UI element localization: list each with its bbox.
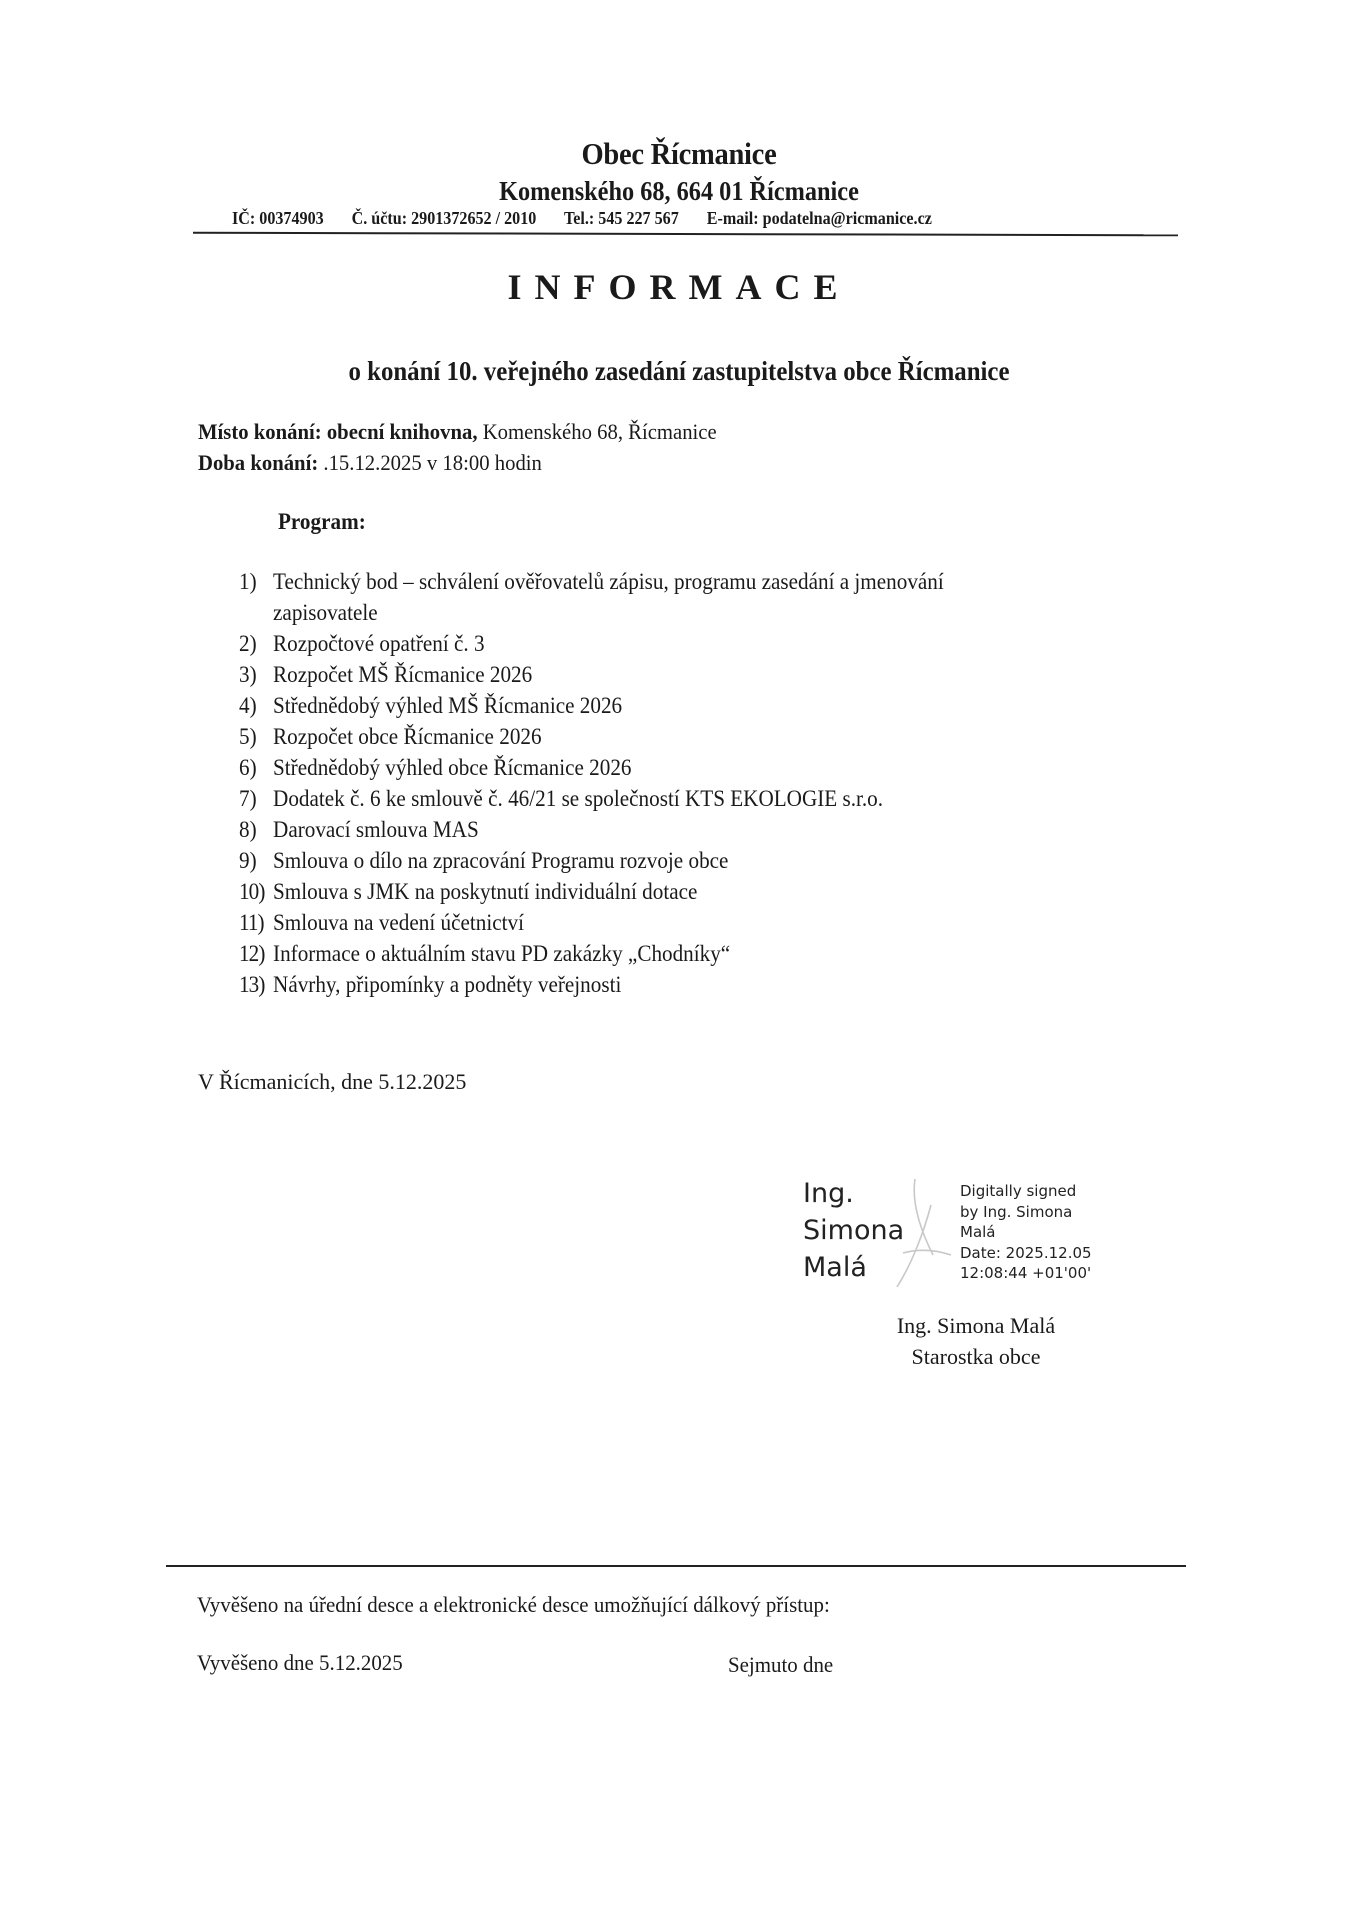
agenda-item-number: 12) (239, 938, 273, 969)
agenda-item-continuation: zapisovatele (239, 597, 944, 628)
contact-line: IČ: 00374903 Č. účtu: 2901372652 / 2010 … (232, 208, 932, 229)
posting-note: Vyvěšeno na úřední desce a elektronické … (197, 1592, 830, 1618)
agenda-item-text: Darovací smlouva MAS (273, 814, 479, 845)
agenda-item-number: 6) (239, 752, 273, 783)
agenda-list: 1)Technický bod – schválení ověřovatelů … (239, 566, 944, 1000)
place-and-date: V Řícmanicích, dne 5.12.2025 (198, 1069, 466, 1095)
agenda-item-text: Rozpočet MŠ Řícmanice 2026 (273, 659, 532, 690)
agenda-item-text: Střednědobý výhled MŠ Řícmanice 2026 (273, 690, 622, 721)
agenda-item-number: 9) (239, 845, 273, 876)
agenda-item-text: Smlouva s JMK na poskytnutí individuální… (273, 876, 697, 907)
agenda-item: 6)Střednědobý výhled obce Řícmanice 2026 (239, 752, 944, 783)
agenda-item: 2)Rozpočtové opatření č. 3 (239, 628, 944, 659)
agenda-item: 3)Rozpočet MŠ Řícmanice 2026 (239, 659, 944, 690)
agenda-item-number: 13) (239, 969, 273, 1000)
meeting-time: Doba konání: .15.12.2025 v 18:00 hodin (198, 450, 542, 476)
agenda-item-text: Informace o aktuálním stavu PD zakázky „… (273, 938, 730, 969)
program-heading: Program: (278, 509, 366, 535)
agenda-item-text: Střednědobý výhled obce Řícmanice 2026 (273, 752, 631, 783)
agenda-item: 13)Návrhy, připomínky a podněty veřejnos… (239, 969, 944, 1000)
place-venue: obecní knihovna, (327, 419, 478, 444)
footer-divider (166, 1565, 1186, 1567)
signer-name: Ing. Simona Malá (856, 1310, 1096, 1341)
municipality-name: Obec Řícmanice (54, 136, 1303, 172)
agenda-item: 7)Dodatek č. 6 ke smlouvě č. 46/21 se sp… (239, 783, 944, 814)
municipality-address: Komenského 68, 664 01 Řícmanice (68, 176, 1290, 207)
agenda-item: 10)Smlouva s JMK na poskytnutí individuá… (239, 876, 944, 907)
agenda-item-number: 2) (239, 628, 273, 659)
place-address: Komenského 68, Řícmanice (483, 419, 717, 444)
header-divider (193, 232, 1178, 237)
agenda-item-number: 11) (239, 907, 273, 938)
agenda-item-number: 1) (239, 566, 273, 597)
agenda-item: 8)Darovací smlouva MAS (239, 814, 944, 845)
posted-date: Vyvěšeno dne 5.12.2025 (197, 1650, 403, 1676)
agenda-item-text: Rozpočet obce Řícmanice 2026 (273, 721, 542, 752)
ic-number: IČ: 00374903 (232, 208, 324, 228)
agenda-item: 5)Rozpočet obce Řícmanice 2026 (239, 721, 944, 752)
agenda-item-text: Smlouva na vedení účetnictví (273, 907, 524, 938)
agenda-item-text: Návrhy, připomínky a podněty veřejnosti (273, 969, 621, 1000)
agenda-item-text: Smlouva o dílo na zpracování Programu ro… (273, 845, 728, 876)
place-label: Místo konání: (198, 419, 322, 444)
document-title: INFORMACE (0, 266, 1358, 308)
agenda-item-text: Rozpočtové opatření č. 3 (273, 628, 485, 659)
agenda-item: 12)Informace o aktuálním stavu PD zakázk… (239, 938, 944, 969)
agenda-item-number: 7) (239, 783, 273, 814)
agenda-item: 1)Technický bod – schválení ověřovatelů … (239, 566, 944, 597)
removed-date: Sejmuto dne (728, 1652, 833, 1678)
agenda-item-text: Technický bod – schválení ověřovatelů zá… (273, 566, 944, 597)
agenda-item-number: 5) (239, 721, 273, 752)
agenda-item-number: 3) (239, 659, 273, 690)
signature-logo-icon (893, 1175, 953, 1295)
agenda-item-number: 4) (239, 690, 273, 721)
bank-account: Č. účtu: 2901372652 / 2010 (352, 208, 537, 228)
agenda-item: 9)Smlouva o dílo na zpracování Programu … (239, 845, 944, 876)
time-value: .15.12.2025 v 18:00 hodin (323, 450, 542, 475)
agenda-item-number: 10) (239, 876, 273, 907)
signer: Ing. Simona Malá Starostka obce (856, 1310, 1096, 1372)
signer-role: Starostka obce (856, 1341, 1096, 1372)
email: E-mail: podatelna@ricmanice.cz (707, 208, 932, 228)
agenda-item-text: Dodatek č. 6 ke smlouvě č. 46/21 se spol… (273, 783, 883, 814)
agenda-item-number: 8) (239, 814, 273, 845)
time-label: Doba konání: (198, 450, 318, 475)
signature-name: Ing. Simona Malá (803, 1175, 904, 1286)
document-subtitle: o konání 10. veřejného zasedání zastupit… (54, 356, 1303, 387)
agenda-item: 11)Smlouva na vedení účetnictví (239, 907, 944, 938)
phone: Tel.: 545 227 567 (564, 208, 679, 228)
signature-details: Digitally signed by Ing. Simona Malá Dat… (960, 1181, 1092, 1284)
meeting-place: Místo konání: obecní knihovna, Komenskéh… (198, 419, 717, 445)
agenda-item: 4)Střednědobý výhled MŠ Řícmanice 2026 (239, 690, 944, 721)
